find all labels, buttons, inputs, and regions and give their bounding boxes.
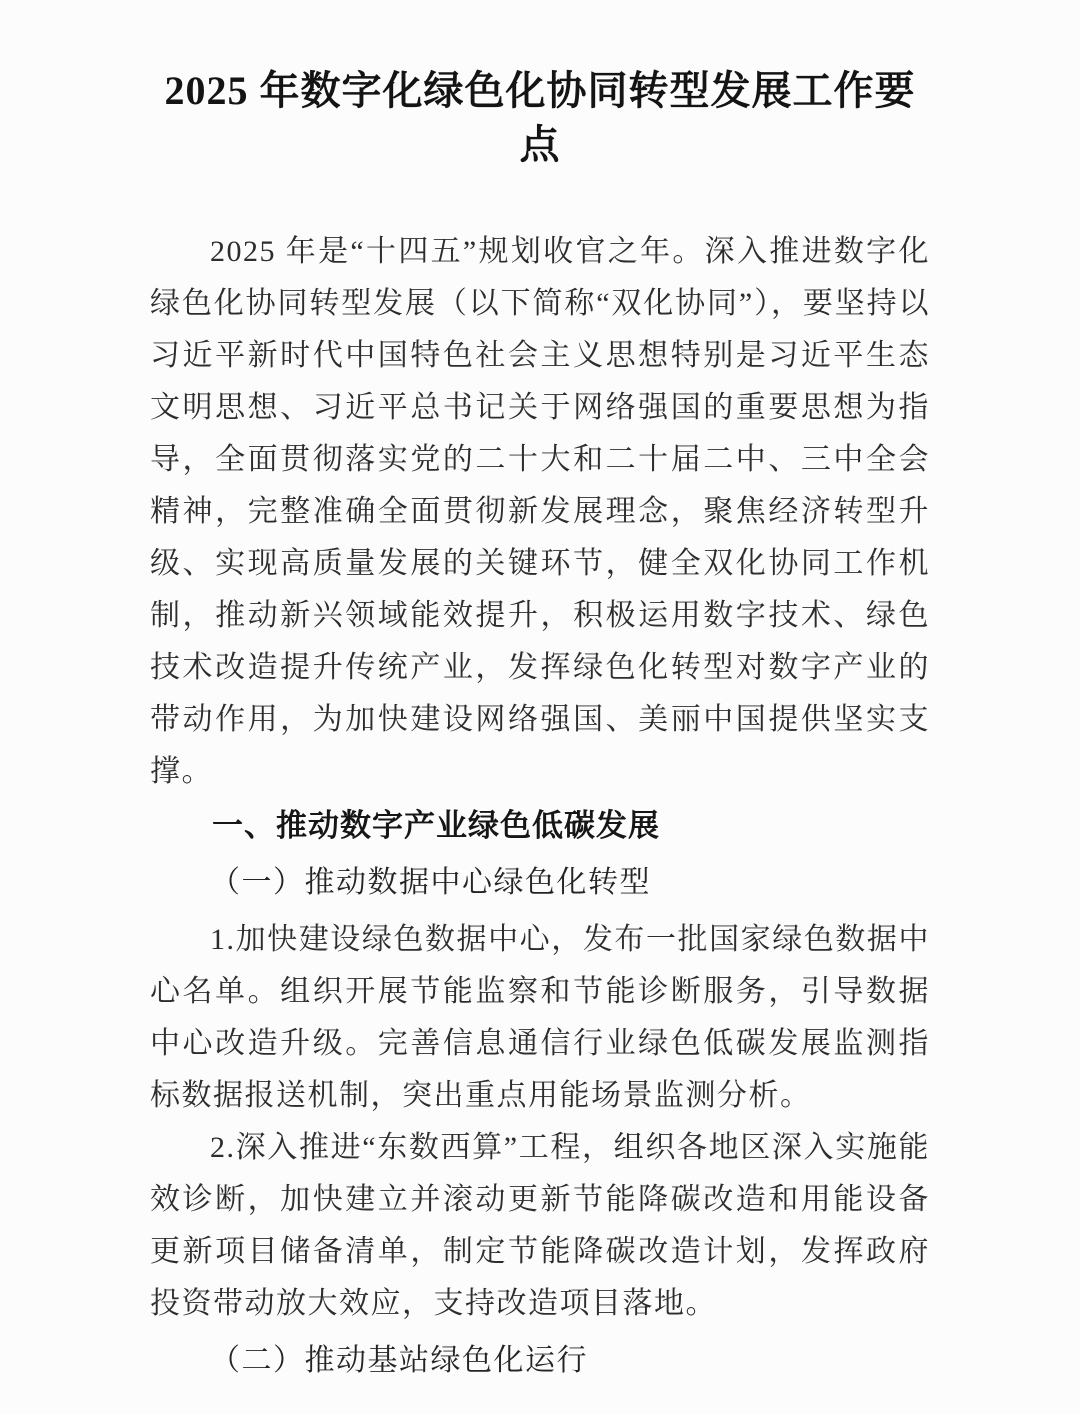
subsection-1-2-heading: （二）推动基站绿色化运行	[150, 1335, 930, 1387]
document-content: 2025 年数字化绿色化协同转型发展工作要点 2025 年是“十四五”规划收官之…	[0, 0, 1080, 1387]
subsection-1-1-heading: （一）推动数据中心绿色化转型	[150, 857, 930, 909]
paragraph-item-2: 2.深入推进“东数西算”工程，组织各地区深入实施能效诊断，加快建立并滚动更新节能…	[150, 1122, 930, 1330]
document-page: 2025 年数字化绿色化协同转型发展工作要点 2025 年是“十四五”规划收官之…	[0, 0, 1080, 1414]
document-title: 2025 年数字化绿色化协同转型发展工作要点	[150, 64, 930, 172]
section-1-heading: 一、推动数字产业绿色低碳发展	[150, 800, 930, 852]
paragraph-item-1: 1.加快建设绿色数据中心，发布一批国家绿色数据中心名单。组织开展节能监察和节能诊…	[150, 914, 930, 1122]
paragraph-intro: 2025 年是“十四五”规划收官之年。深入推进数字化绿色化协同转型发展（以下简称…	[150, 226, 930, 798]
